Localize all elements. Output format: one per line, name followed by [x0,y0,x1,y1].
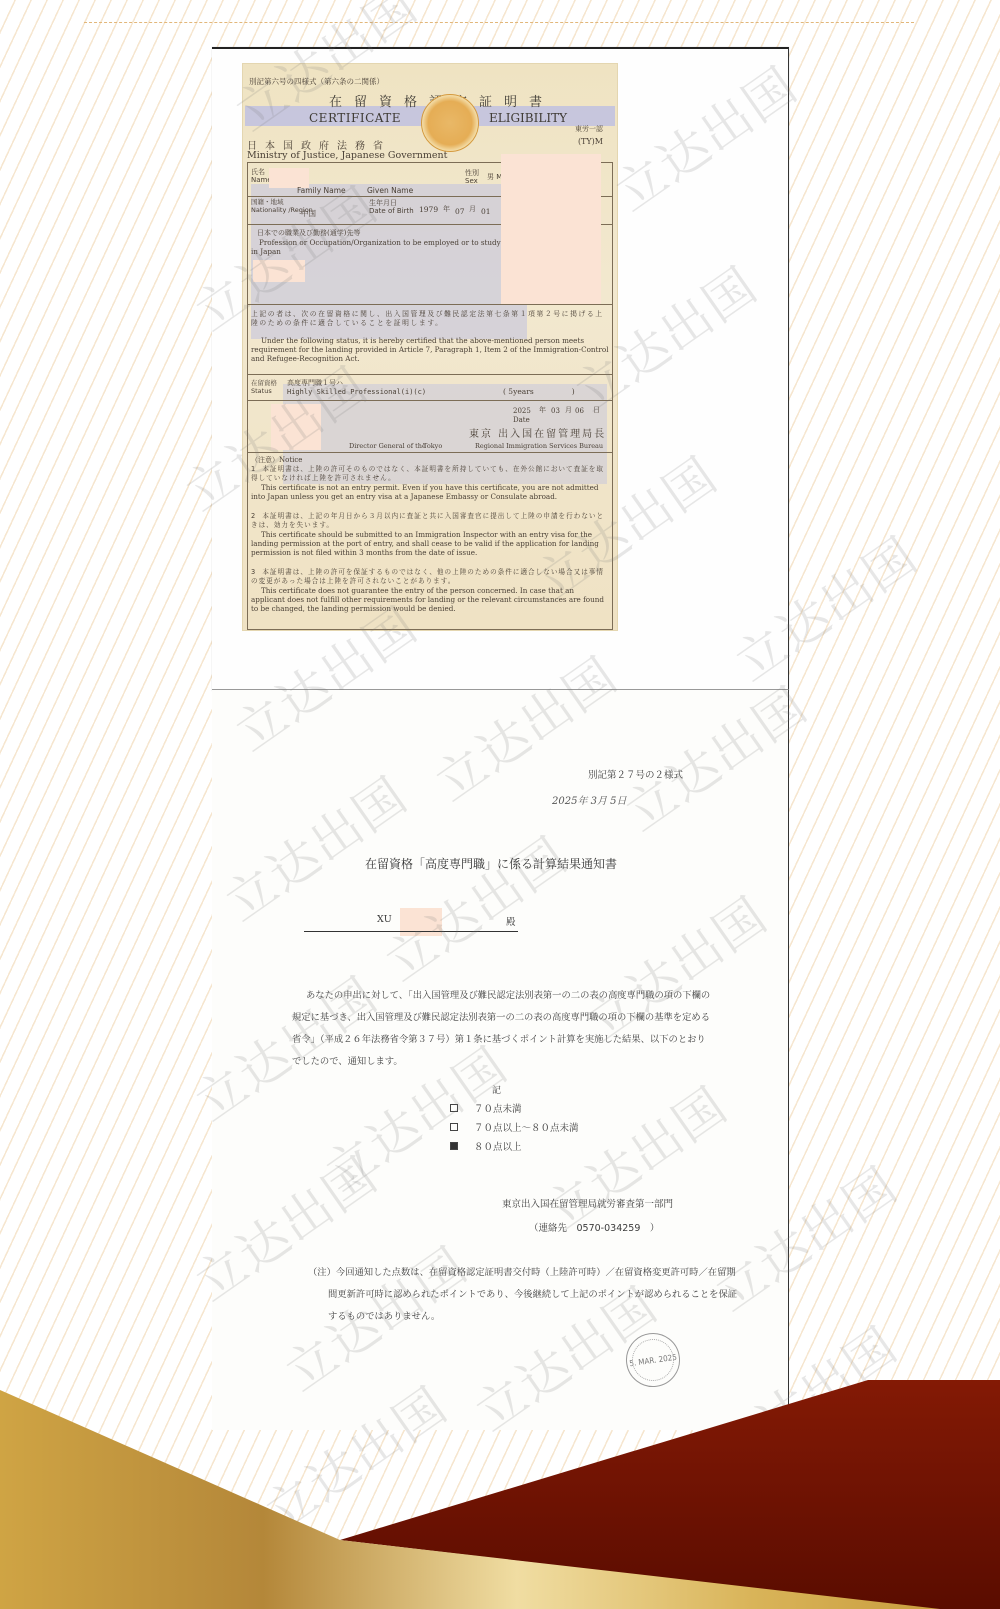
dob-year-unit: 年 [443,204,450,214]
status-value-jp: 高度専門職１号ハ [287,378,343,388]
dob-year: 1979 [419,205,438,214]
status-period: ( 5years ) [503,387,575,396]
record-label: 記 [492,1083,501,1096]
certificate-number-label: 東労一認 [575,124,603,134]
certificate-scan-page: 別記第六号の四様式（第六条の二関係） 在留資格認定証明書 CERTIFICATE… [212,47,789,691]
notice-2: 2 本証明書は、上記の年月日から３月以内に査証と共に入国審査官に提出して上陸の申… [251,512,609,557]
option-label: ７０点以上～８０点未満 [474,1120,579,1134]
bureau-en: Regional Immigration Services Bureau [475,442,603,450]
issue-month-unit: 月 [565,405,572,415]
notice-1: 1 本証明書は、上陸の許可そのものではなく、本証明書を所持していても、在外公館に… [251,465,609,501]
certificate-number-prefix: (TY)M [578,137,603,146]
ministry-seal-icon [421,94,479,152]
dob-month-unit: 月 [469,204,476,214]
issue-year-unit: 年 [539,405,546,415]
points-option-70-to-80: ７０点以上～８０点未満 [450,1120,579,1134]
title-en-left: CERTIFICATE [309,111,401,125]
form-reference: 別記第六号の四様式（第六条の二関係） [249,76,384,87]
points-notification-page: 別記第２７号の２様式 2025年 3月 5日 在留資格「高度専門職」に係る計算結… [212,689,789,1430]
notification-date: 2025年 3月 5日 [552,792,627,807]
divider [247,452,613,453]
certificate-title-en-right: ELIGIBILITY [489,111,567,125]
redacted-organization [253,260,305,282]
issue-day: 06 [575,407,584,415]
certificate-title-en: CERTIFICATE [309,111,401,125]
notification-body: あなたの申出に対して、「出入国管理及び難民認定法別表第一の二の表の高度専門職の項… [292,985,712,1073]
certification-statement-jp: 上記の者は、次の在留資格に関し、出入国管理及び難民認定法第七条第１項第２号に掲げ… [251,310,609,328]
footer-decorative-banner [0,1380,1000,1609]
redacted-photo [501,154,601,304]
redacted-signature [271,404,321,450]
stamp-date: 5. MAR. 2025 [629,1352,678,1368]
redacted-name [269,168,309,188]
nationality-value: 中国 [301,208,316,219]
notice-label: （注意）Notice [251,455,302,465]
given-name-label: Given Name [367,187,413,195]
notification-form-reference: 別記第２７号の２様式 [588,767,683,781]
recipient-name: XU [377,914,392,925]
sex-label: 性別Sex [465,169,479,185]
profession-label-jp: 日本での職業及び勤務(通学)先等 [257,229,360,237]
checkbox-unchecked-icon [450,1123,458,1131]
issuer-en: Ministry of Justice, Japanese Government [247,150,447,161]
date-label: Date [513,416,530,424]
option-label: ８０点以上 [474,1139,522,1153]
contact-number: （連絡先 0570-034259 ） [529,1220,659,1234]
issue-month: 03 [551,407,560,415]
decorative-dashed-divider [84,22,914,23]
certification-statement-en: Under the following status, it is hereby… [251,336,609,363]
divider [247,304,613,305]
issuing-department: 東京出入国在留管理局就労審査第一部門 [502,1196,673,1210]
family-name-label: Family Name [297,187,346,195]
checkbox-unchecked-icon [450,1104,458,1112]
issue-year: 2025 [513,407,531,415]
recipient-underline [304,931,518,932]
notification-title: 在留資格「高度専門職」に係る計算結果通知書 [365,855,617,872]
dob-day: 01 [481,207,491,216]
status-label: 在留資格Status [251,379,277,395]
bureau-jp: 東京 出入国在留管理局長 [469,425,606,440]
divider [247,374,613,375]
points-option-80-plus: ８０点以上 [450,1139,522,1153]
recipient-suffix: 殿 [506,914,516,928]
notification-note: （注）今回通知した点数は、在留資格認定証明書交付時（上陸許可時）／在留資格変更許… [308,1262,738,1328]
status-value-en: Highly Skilled Professional(i)(c) [287,388,426,396]
divider [247,400,613,401]
checkbox-checked-icon [450,1142,458,1150]
profession-label-en: Profession or Occupation/Organization to… [251,238,507,256]
certificate-of-eligibility: 別記第六号の四様式（第六条の二関係） 在留資格認定証明書 CERTIFICATE… [242,63,618,631]
bureau-city: Tokyo [423,442,442,450]
dob-month: 07 [455,207,465,216]
dob-label: 生年月日Date of Birth [369,199,414,215]
points-option-under-70: ７０点未満 [450,1101,522,1115]
notice-3: 3 本証明書は、上陸の許可を保証するものではなく、他の上陸のための条件に適合しな… [251,568,609,613]
director-label: Director General of the [349,442,426,450]
issue-day-unit: 日 [593,405,600,415]
option-label: ７０点未満 [474,1101,522,1115]
